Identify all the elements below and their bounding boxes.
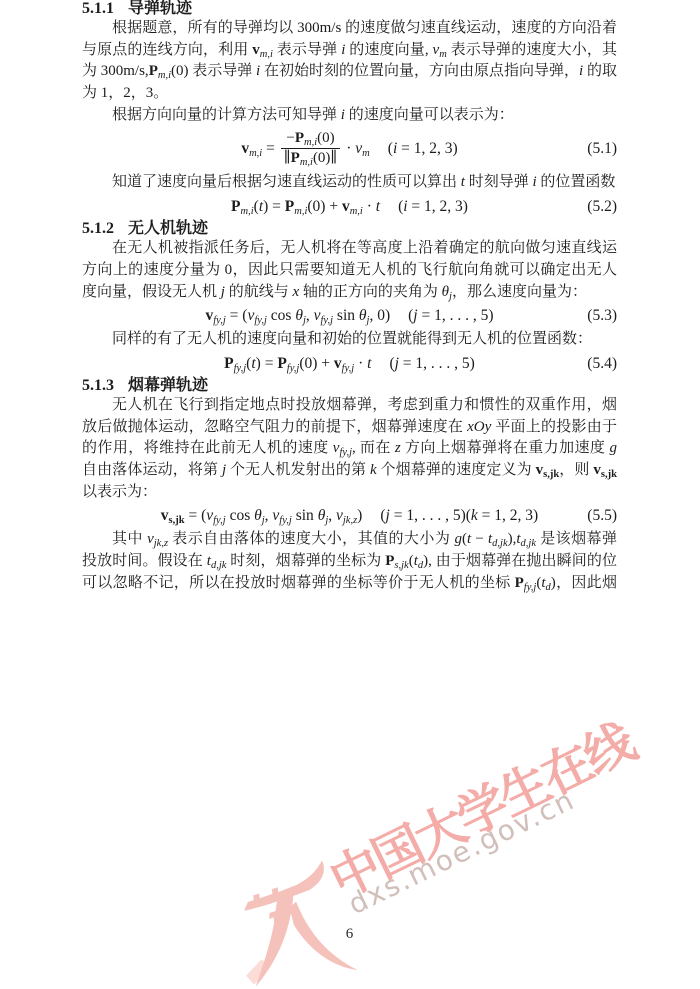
equation-tag: (5.3)	[587, 303, 617, 329]
equation-5-4: Pfy,j(t) = Pfy,j(0) + vfy,j · t(j = 1, .…	[82, 351, 617, 377]
text-line: 根据题意，所有的导弹均以 300m/s 的速度做匀速直线运动，速度的方向沿着导弹	[82, 18, 617, 40]
equation-5-1: vm,i = −Pm,i(0)∥Pm,i(0)∥ · vm(i = 1, 2, …	[82, 126, 617, 172]
paragraph: 无人机在飞行到指定地点时投放烟幕弹，考虑到重力和惯性的双重作用，烟幕弹投 放后做…	[82, 395, 617, 503]
equation-tag: (5.4)	[587, 351, 617, 377]
paragraph: 根据方向向量的计算方法可知导弹 i 的速度向量可以表示为：	[82, 105, 617, 127]
text-line: 可以忽略不记，所以在投放时烟幕弹的坐标等价于无人机的坐标 Pfy,j(td)，因…	[82, 573, 617, 595]
text-line: 无人机在飞行到指定地点时投放烟幕弹，考虑到重力和惯性的双重作用，烟幕弹投	[82, 395, 617, 417]
text-line: 根据方向向量的计算方法可知导弹 i 的速度向量可以表示为：	[82, 105, 617, 127]
paragraph: 根据题意，所有的导弹均以 300m/s 的速度做匀速直线运动，速度的方向沿着导弹…	[82, 18, 617, 105]
page-number: 6	[82, 926, 617, 943]
text-line: 放后做抛体运动，忽略空气阻力的前提下，烟幕弹速度在 xOy 平面上的投影由于惯性	[82, 417, 617, 439]
section-heading-missile-trajectory: 5.1.1导弹轨迹	[82, 0, 617, 18]
page-body: 5.1.1导弹轨迹 根据题意，所有的导弹均以 300m/s 的速度做匀速直线运动…	[82, 0, 617, 594]
equation-tag: (5.1)	[587, 126, 617, 172]
text-line: 知道了速度向量后根据匀速直线运动的性质可以算出 t 时刻导弹 i 的位置函数即：	[82, 172, 617, 194]
equation-body: Pfy,j(t) = Pfy,j(0) + vfy,j · t(j = 1, .…	[224, 355, 475, 372]
equation-body: vs,jk = (vfy,j cos θj, vfy,j sin θj, vjk…	[161, 507, 538, 524]
text-line: 投放时间。假设在 td,jk 时刻，烟幕弹的坐标为 Ps,jk(td), 由于烟…	[82, 551, 617, 573]
text-line: 在无人机被指派任务后，无人机将在等高度上沿着确定的航向做匀速直线运动，z	[82, 238, 617, 260]
watermark-logo-icon	[231, 844, 365, 989]
equation-5-3: vfy,j = (vfy,j cos θj, vfy,j sin θj, 0)(…	[82, 303, 617, 329]
text-line: 同样的有了无人机的速度向量和初始的位置就能得到无人机的位置函数：	[82, 329, 617, 351]
equation-5-2: Pm,i(t) = Pm,i(0) + vm,i · t(i = 1, 2, 3…	[82, 194, 617, 220]
paragraph: 其中 vjk,z 表示自由落体的速度大小，其值的大小为 g(t − td,jk)…	[82, 529, 617, 594]
equation-tag: (5.2)	[587, 194, 617, 220]
section-title: 烟幕弹轨迹	[128, 377, 208, 394]
section-number: 5.1.1	[82, 0, 114, 17]
section-title: 无人机轨迹	[128, 220, 208, 237]
equation-body: Pm,i(t) = Pm,i(0) + vm,i · t(i = 1, 2, 3…	[231, 198, 468, 215]
section-heading-uav-trajectory: 5.1.2无人机轨迹	[82, 220, 617, 238]
equation-body: vfy,j = (vfy,j cos θj, vfy,j sin θj, 0)(…	[206, 307, 494, 324]
section-title: 导弹轨迹	[128, 0, 192, 17]
text-line: 度向量，假设无人机 j 的航线与 x 轴的正方向的夹角为 θj，那么速度向量为：	[82, 282, 617, 304]
equation-5-5: vs,jk = (vfy,j cos θj, vfy,j sin θj, vjk…	[82, 503, 617, 529]
text-line: 以表示为：	[82, 482, 617, 504]
watermark-url-text: dxs.moe.gov.cn	[343, 783, 581, 922]
section-number: 5.1.2	[82, 220, 114, 237]
text-line: 其中 vjk,z 表示自由落体的速度大小，其值的大小为 g(t − td,jk)…	[82, 529, 617, 551]
text-line: 方向上的速度分量为 0，因此只需要知道无人机的飞行航向角就可以确定出无人机的速	[82, 260, 617, 282]
paragraph: 同样的有了无人机的速度向量和初始的位置就能得到无人机的位置函数：	[82, 329, 617, 351]
text-line: 为 1，2，3。	[82, 83, 617, 105]
text-line: 为 300m/s,Pm,i(0) 表示导弹 i 在初始时刻的位置向量，方向由原点…	[82, 61, 617, 83]
text-line: 的作用，将维持在此前无人机的速度 vfy,j, 而在 z 方向上烟幕弹将在重力加…	[82, 438, 617, 460]
text-line: 自由落体运动，将第 j 个无人机发射出的第 k 个烟幕弹的速度定义为 vs,jk…	[82, 460, 617, 482]
equation-body: vm,i = −Pm,i(0)∥Pm,i(0)∥ · vm(i = 1, 2, …	[241, 140, 457, 157]
section-heading-smoke-shell-trajectory: 5.1.3烟幕弹轨迹	[82, 377, 617, 395]
text-line: 与原点的连线方向，利用 vm,i 表示导弹 i 的速度向量, vm 表示导弹的速…	[82, 40, 617, 62]
section-number: 5.1.3	[82, 377, 114, 394]
paragraph: 在无人机被指派任务后，无人机将在等高度上沿着确定的航向做匀速直线运动，z 方向上…	[82, 238, 617, 303]
paragraph: 知道了速度向量后根据匀速直线运动的性质可以算出 t 时刻导弹 i 的位置函数即：	[82, 172, 617, 194]
equation-tag: (5.5)	[587, 503, 617, 529]
watermark-brand-text: 中国大学生在线	[322, 716, 640, 907]
paper-page: 5.1.1导弹轨迹 根据题意，所有的导弹均以 300m/s 的速度做匀速直线运动…	[0, 0, 700, 989]
